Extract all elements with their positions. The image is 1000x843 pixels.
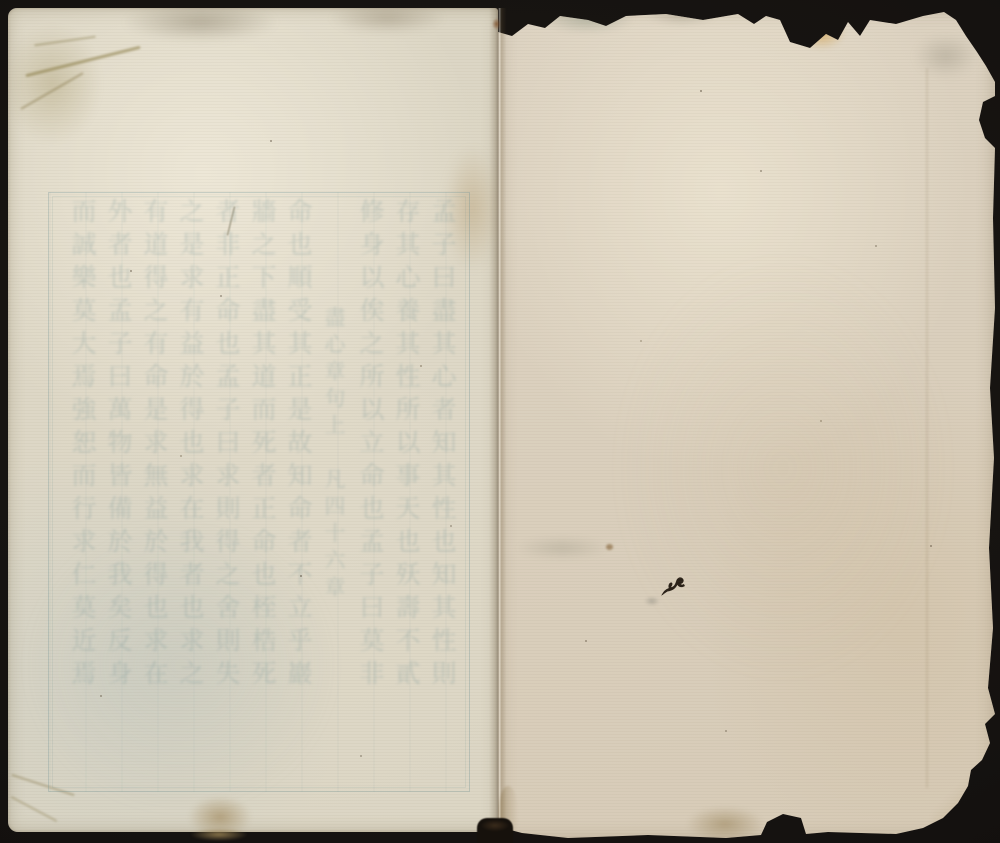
stain-bottom — [686, 806, 764, 839]
stain-smudge — [516, 536, 608, 560]
foxing-specks — [700, 90, 702, 92]
fold-crease-line — [926, 68, 928, 788]
stain-orange — [796, 14, 846, 50]
stain-top — [330, 8, 445, 34]
stain-top — [542, 8, 634, 34]
paper-texture — [498, 8, 995, 839]
bleedthrough-column: 存其心養其性所以事天也殀壽不貳 — [388, 198, 424, 786]
bleedthrough-column: 孟子曰盡其心者知其性也知其性則 — [424, 198, 460, 786]
bleedthrough-column: 而誠樂莫大焉強恕而行求仁莫近焉 — [64, 198, 100, 786]
torn-edge-stain — [932, 750, 995, 834]
left-page: 孟子曰盡其心者知其性也知其性則 存其心養其性所以事天也殀壽不貳 修身以俟之所以立… — [8, 8, 498, 832]
foxing-specks — [300, 575, 302, 577]
stain-bottom — [188, 796, 252, 832]
fold-crease-line — [25, 46, 140, 77]
paper-fragment — [190, 828, 248, 841]
bleedthrough-column: 外者也孟子曰萬物皆備於我矣反身 — [100, 198, 136, 786]
bleedthrough-column: 有道得之有命是求無益於得也求在 — [136, 198, 172, 786]
bleedthrough-text-block: 孟子曰盡其心者知其性也知其性則 存其心養其性所以事天也殀壽不貳 修身以俟之所以立… — [48, 192, 470, 792]
fold-crease-line — [34, 36, 96, 47]
binding-notch — [477, 818, 513, 843]
bleedthrough-column: 者非正命也孟子曰求則得之舍則失 — [208, 198, 244, 786]
stain-speck — [606, 544, 613, 550]
fold-crease-line — [20, 72, 83, 110]
bleedthrough-column: 之是求有益於得也求在我者也求之 — [172, 198, 208, 786]
stain-corner-blotch — [8, 24, 102, 144]
right-page — [498, 8, 995, 839]
ink-blot-shape — [658, 572, 686, 600]
bleedthrough-column: 命也順受其正是故知命者不立乎巖 — [280, 198, 316, 786]
bleedthrough-column: 修身以俟之所以立命也孟子曰莫非 — [352, 198, 388, 786]
ink-blot — [658, 572, 686, 600]
bleedthrough-title-column: 盡心章句上 凡四十六章 — [316, 198, 352, 786]
stain-mottle — [618, 258, 948, 678]
bleedthrough-columns: 孟子曰盡其心者知其性也知其性則 存其心養其性所以事天也殀壽不貳 修身以俟之所以立… — [58, 198, 460, 786]
stain-top — [646, 8, 718, 26]
stain-top — [123, 8, 278, 42]
fold-crease-line — [11, 796, 58, 822]
scan-background: 孟子曰盡其心者知其性也知其性則 存其心養其性所以事天也殀壽不貳 修身以俟之所以立… — [0, 0, 1000, 843]
stain-corner — [914, 34, 978, 78]
ink-blot-path — [661, 577, 685, 595]
bleedthrough-column: 牆之下盡其道而死者正命也桎梏死 — [244, 198, 280, 786]
gutter-stain-spot — [492, 18, 501, 30]
